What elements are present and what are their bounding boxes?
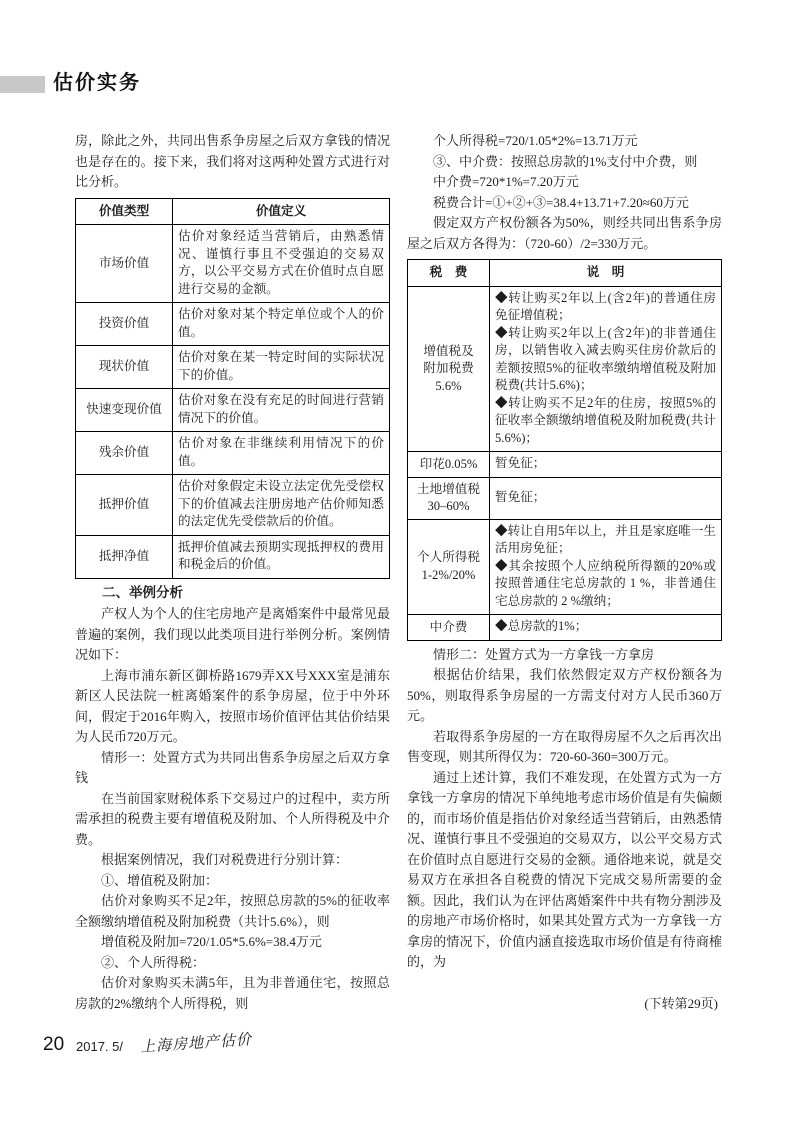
description-line: 暂免征； — [495, 455, 716, 473]
intro-paragraph: 房，除此之外，共同出售系争房屋之后双方拿钱的情况也是存在的。接下来，我们将对这两… — [75, 131, 390, 193]
description-line: ◆其余按照个人应纳税所得额的20%或按照普通住宅总房款的 1 %，非普通住宅总房… — [495, 558, 716, 611]
column-header: 说 明 — [490, 260, 722, 287]
description-line: 抵押价值减去预期实现抵押权的费用和税金后的价值。 — [178, 539, 384, 574]
row-description: 暂免征； — [490, 477, 722, 519]
paragraph: 情形一：处置方式为共同出售系争房屋之后双方拿钱 — [75, 748, 390, 789]
row-label: 投资价值 — [76, 303, 173, 346]
left-paragraphs: 产权人为个人的住宅房地产是离婚案件中最常见最普遍的案例，我们现以此类项目进行举例… — [75, 604, 390, 1014]
paragraph: ③、中介费：按照总房款的1%支付中介费，则 — [407, 152, 722, 173]
description-line: ◆转让购买不足2年的住房，按照5%的征收率全额缴纳增值税及附加税费(共计5.6%… — [495, 395, 716, 448]
description-line: ◆转让购买2年以上(含2年)的普通住房免征增值税； — [495, 290, 716, 325]
row-label: 市场价值 — [76, 225, 173, 303]
row-label: 残余价值 — [76, 432, 173, 475]
description-line: ◆总房款的1%； — [495, 618, 716, 636]
left-column: 房，除此之外，共同出售系争房屋之后双方拿钱的情况也是存在的。接下来，我们将对这两… — [75, 131, 390, 1014]
description-line: 估价对象假定未设立法定优先受偿权下的价值减去注册房地产估价师知悉的法定优先受偿款… — [178, 478, 384, 531]
section-heading: 二、举例分析 — [75, 583, 390, 604]
table-row: 印花0.05%暂免征； — [408, 452, 722, 478]
table-row: 抵押净值抵押价值减去预期实现抵押权的费用和税金后的价值。 — [76, 535, 390, 578]
description-line: ◆转让自用5年以上，并且是家庭唯一生活用房免征； — [495, 523, 716, 558]
description-line: 估价对象经适当营销后，由熟悉情况、谨慎行事且不受强迫的交易双方，以公平交易方式在… — [178, 228, 384, 298]
table-row: 现状价值估价对象在某一特定时间的实际状况下的价值。 — [76, 346, 390, 389]
description-line: 暂免征； — [495, 489, 716, 507]
row-description: 估价对象经适当营销后，由熟悉情况、谨慎行事且不受强迫的交易双方，以公平交易方式在… — [173, 225, 390, 303]
row-label: 抵押净值 — [76, 535, 173, 578]
row-description: 暂免征； — [490, 452, 722, 478]
table-row: 投资价值估价对象对某个特定单位或个人的价值。 — [76, 303, 390, 346]
table-row: 土地增值税 30–60%暂免征； — [408, 477, 722, 519]
column-header: 税 费 — [408, 260, 490, 287]
value-definition-table: 价值类型价值定义市场价值估价对象经适当营销后，由熟悉情况、谨慎行事且不受强迫的交… — [75, 198, 390, 579]
paragraph: 若取得系争房屋的一方在取得房屋不久之后再次出售变现，则其所得仅为：720-60-… — [407, 727, 722, 768]
paragraph: 税费合计=①+②+③=38.4+13.71+7.20≈60万元 — [407, 193, 722, 214]
row-label: 土地增值税 30–60% — [408, 477, 490, 519]
journal-logo: 上海房地产估价 — [139, 1028, 252, 1057]
row-label: 增值税及 附加税费 5.6% — [408, 286, 490, 452]
right-column: 个人所得税=720/1.05*2%=13.71万元③、中介费：按照总房款的1%支… — [407, 131, 722, 1014]
row-description: ◆总房款的1%； — [490, 615, 722, 641]
row-description: 估价对象在某一特定时间的实际状况下的价值。 — [173, 346, 390, 389]
paragraph: 根据估价结果，我们依然假定双方产权份额各为50%，则取得系争房屋的一方需支付对方… — [407, 665, 722, 727]
row-description: 估价对象在没有充足的时间进行营销情况下的价值。 — [173, 389, 390, 432]
paragraph: 中介费=720*1%=7.20万元 — [407, 172, 722, 193]
description-line: 估价对象在非继续利用情况下的价值。 — [178, 435, 384, 470]
paragraph: 产权人为个人的住宅房地产是离婚案件中最常见最普遍的案例，我们现以此类项目进行举例… — [75, 604, 390, 666]
paragraph: ①、增值税及附加： — [75, 871, 390, 892]
table-row: 市场价值估价对象经适当营销后，由熟悉情况、谨慎行事且不受强迫的交易双方，以公平交… — [76, 225, 390, 303]
table-row: 快速变现价值估价对象在没有充足的时间进行营销情况下的价值。 — [76, 389, 390, 432]
row-description: 估价对象对某个特定单位或个人的价值。 — [173, 303, 390, 346]
row-label: 现状价值 — [76, 346, 173, 389]
paragraph: ②、个人所得税： — [75, 953, 390, 974]
table-header-row: 税 费说 明 — [408, 260, 722, 287]
row-label: 快速变现价值 — [76, 389, 173, 432]
issue-label: 2017. 5/ — [76, 1039, 123, 1054]
row-description: 估价对象在非继续利用情况下的价值。 — [173, 432, 390, 475]
description-line: ◆转让购买2年以上(含2年)的非普通住房，以销售收入减去购买住房价款后的差额按照… — [495, 325, 716, 395]
description-line: 估价对象在某一特定时间的实际状况下的价值。 — [178, 349, 384, 384]
table-row: 残余价值估价对象在非继续利用情况下的价值。 — [76, 432, 390, 475]
column-header: 价值类型 — [76, 198, 173, 225]
row-label: 印花0.05% — [408, 452, 490, 478]
table-row: 中介费◆总房款的1%； — [408, 615, 722, 641]
paragraph: 假定双方产权份额各为50%，则经共同出售系争房屋之后双方各得为：（720-60）… — [407, 213, 722, 254]
paragraph: 增值税及附加=720/1.05*5.6%=38.4万元 — [75, 932, 390, 953]
paragraph: 情形二：处置方式为一方拿钱一方拿房 — [407, 645, 722, 666]
table-row: 抵押价值估价对象假定未设立法定优先受偿权下的价值减去注册房地产估价师知悉的法定优… — [76, 475, 390, 536]
row-description: 估价对象假定未设立法定优先受偿权下的价值减去注册房地产估价师知悉的法定优先受偿款… — [173, 475, 390, 536]
paragraph: 通过上述计算，我们不难发现，在处置方式为一方拿钱一方拿房的情况下单纯地考虑市场价… — [407, 768, 722, 973]
paragraph: 根据案例情况，我们对税费进行分别计算： — [75, 850, 390, 871]
column-header: 价值定义 — [173, 198, 390, 225]
row-description: ◆转让自用5年以上，并且是家庭唯一生活用房免征；◆其余按照个人应纳税所得额的20… — [490, 519, 722, 615]
section-marker-bar — [0, 76, 45, 93]
row-description: 抵押价值减去预期实现抵押权的费用和税金后的价值。 — [173, 535, 390, 578]
table-header-row: 价值类型价值定义 — [76, 198, 390, 225]
row-label: 抵押价值 — [76, 475, 173, 536]
section-title: 估价实务 — [53, 66, 141, 95]
value-definition-table-wrap: 价值类型价值定义市场价值估价对象经适当营销后，由熟悉情况、谨慎行事且不受强迫的交… — [75, 198, 390, 579]
paragraph: 估价对象购买不足2年，按照总房款的5%的征收率全额缴纳增值税及附加税费（共计5.… — [75, 891, 390, 932]
right-top-paragraphs: 个人所得税=720/1.05*2%=13.71万元③、中介费：按照总房款的1%支… — [407, 131, 722, 254]
paragraph: 在当前国家财税体系下交易过户的过程中，卖方所需承担的税费主要有增值税及附加、个人… — [75, 789, 390, 851]
page-number: 20 — [43, 1034, 64, 1056]
row-label: 中介费 — [408, 615, 490, 641]
row-description: ◆转让购买2年以上(含2年)的普通住房免征增值税；◆转让购买2年以上(含2年)的… — [490, 286, 722, 452]
description-line: 估价对象在没有充足的时间进行营销情况下的价值。 — [178, 392, 384, 427]
right-bottom-paragraphs: 情形二：处置方式为一方拿钱一方拿房根据估价结果，我们依然假定双方产权份额各为50… — [407, 645, 722, 973]
table-row: 增值税及 附加税费 5.6%◆转让购买2年以上(含2年)的普通住房免征增值税；◆… — [408, 286, 722, 452]
page-footer: 20 2017. 5/ 上海房地产估价 — [0, 1030, 794, 1070]
description-line: 估价对象对某个特定单位或个人的价值。 — [178, 306, 384, 341]
continuation-note: (下转第29页) — [407, 994, 722, 1015]
paragraph: 上海市浦东新区御桥路1679弄XX号XXX室是浦东新区人民法院一桩离婚案件的系争… — [75, 666, 390, 748]
paragraph: 估价对象购买未满5年，且为非普通住宅，按照总房款的2%缴纳个人所得税，则 — [75, 973, 390, 1014]
page-body: 房，除此之外，共同出售系争房屋之后双方拿钱的情况也是存在的。接下来，我们将对这两… — [75, 131, 723, 1014]
tax-table-wrap: 税 费说 明增值税及 附加税费 5.6%◆转让购买2年以上(含2年)的普通住房免… — [407, 259, 722, 641]
table-row: 个人所得税 1-2%/20%◆转让自用5年以上，并且是家庭唯一生活用房免征；◆其… — [408, 519, 722, 615]
paragraph: 个人所得税=720/1.05*2%=13.71万元 — [407, 131, 722, 152]
row-label: 个人所得税 1-2%/20% — [408, 519, 490, 615]
tax-explanation-table: 税 费说 明增值税及 附加税费 5.6%◆转让购买2年以上(含2年)的普通住房免… — [407, 259, 722, 641]
